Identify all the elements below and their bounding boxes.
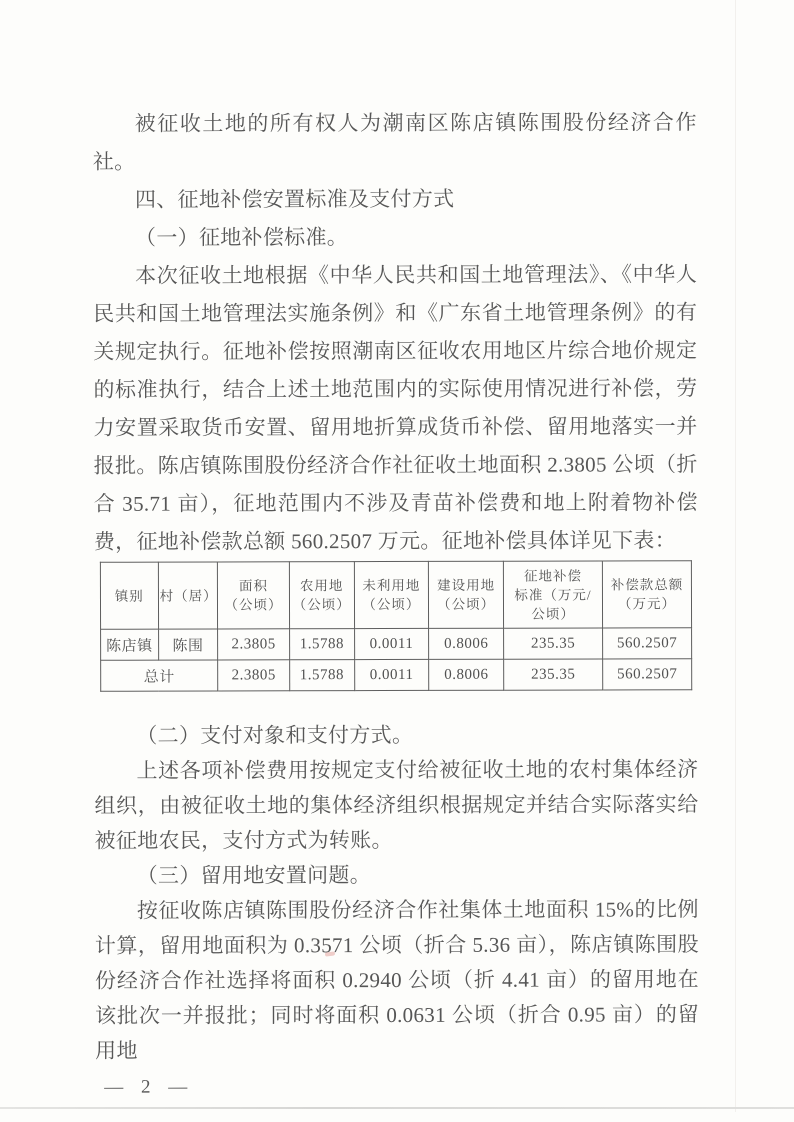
cell-total-unused: 0.0011: [354, 659, 429, 690]
header-construction-land: 建设用地 （公顷）: [429, 561, 504, 628]
cell-total-area: 2.3805: [218, 660, 290, 691]
heading-item-2: （二）支付对象和支付方式。: [94, 717, 698, 754]
header-compensation-standard: 征地补偿 标准（万元/ 公顷）: [503, 561, 602, 628]
paragraph-compensation-standard: 本次征收土地根据《中华人民共和国土地管理法》、《中华人民共和国土地管理法实施条例…: [93, 255, 698, 561]
paragraph-reserved-land: 按征收陈店镇陈围股份经济合作社集体土地面积 15%的比例计算，留用地面积为 0.…: [95, 892, 699, 1069]
heading-item-3: （三）留用地安置问题。: [95, 857, 699, 894]
cell-total-amount: 560.2507: [603, 659, 692, 690]
cell-construction: 0.8006: [429, 628, 504, 659]
cell-area: 2.3805: [218, 629, 290, 660]
heading-item-1: （一）征地补偿标准。: [93, 217, 697, 257]
paragraph-payment-method: 上述各项补偿费用按规定支付给被征收土地的农村集体经济组织，由被征收土地的集体经济…: [94, 752, 698, 859]
header-agricultural-land: 农用地 （公顷）: [289, 562, 354, 629]
header-town: 镇别: [100, 562, 158, 629]
document-page: 被征收土地的所有权人为潮南区陈店镇陈围股份经济合作社。 四、征地补偿安置标准及支…: [0, 0, 794, 1122]
page-number: — 2 —: [95, 1068, 699, 1105]
cell-total-construction: 0.8006: [429, 659, 504, 690]
scan-artifact-bottom-edge: [0, 1107, 794, 1109]
cell-agricultural: 1.5788: [289, 629, 354, 660]
compensation-table: 镇别 村（居） 面积 （公顷） 农用地 （公顷） 未利用地 （公顷） 建设用地 …: [100, 560, 692, 692]
header-compensation-total: 补偿款总额 （万元）: [602, 561, 691, 628]
table-header-row: 镇别 村（居） 面积 （公顷） 农用地 （公顷） 未利用地 （公顷） 建设用地 …: [100, 561, 691, 630]
paragraph-land-owner: 被征收土地的所有权人为潮南区陈店镇陈围股份经济合作社。: [93, 103, 697, 181]
cell-standard: 235.35: [504, 628, 603, 659]
cell-total-label: 总计: [101, 660, 218, 691]
header-area: 面积 （公顷）: [218, 562, 290, 629]
header-unused-land: 未利用地 （公顷）: [354, 561, 429, 628]
heading-section-4: 四、征地补偿安置标准及支付方式: [93, 179, 697, 219]
cell-town: 陈店镇: [101, 629, 159, 660]
lower-section: （二）支付对象和支付方式。 上述各项补偿费用按规定支付给被征收土地的农村集体经济…: [94, 717, 699, 1105]
table-total-row: 总计 2.3805 1.5788 0.0011 0.8006 235.35 56…: [101, 659, 692, 692]
cell-unused: 0.0011: [354, 628, 429, 659]
cell-total-agricultural: 1.5788: [290, 660, 355, 691]
scan-artifact-vertical-line: [735, 0, 736, 1112]
document-content: 被征收土地的所有权人为潮南区陈店镇陈围股份经济合作社。 四、征地补偿安置标准及支…: [93, 103, 700, 1105]
table-row: 陈店镇 陈围 2.3805 1.5788 0.0011 0.8006 235.3…: [101, 628, 692, 661]
header-village: 村（居）: [158, 562, 218, 629]
cell-total: 560.2507: [603, 628, 692, 659]
cell-total-standard: 235.35: [504, 659, 603, 690]
cell-village: 陈围: [158, 629, 218, 660]
